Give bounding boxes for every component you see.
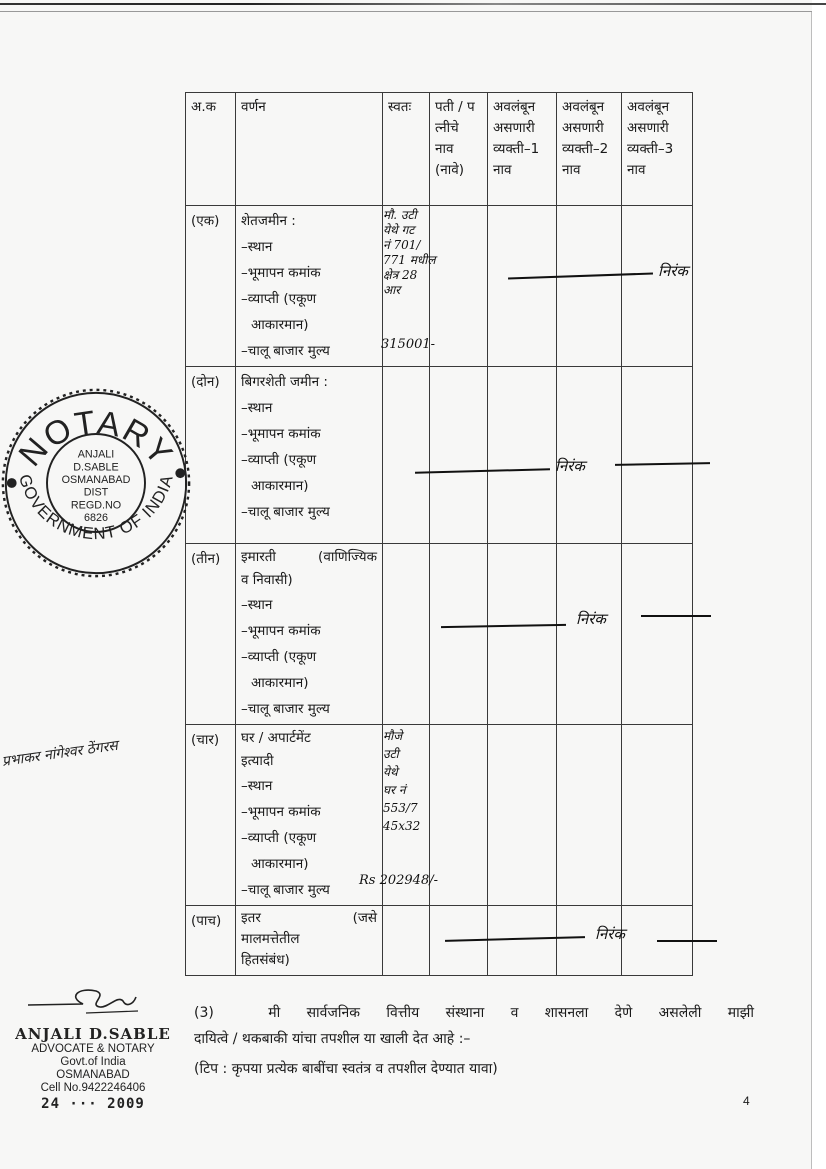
header-dependent-1: अवलंबून असणारी व्यक्ती–1 नाव xyxy=(488,93,557,206)
header-self: स्वतः xyxy=(383,93,430,206)
table-row: (चार) घर / अपार्टमेंट इत्यादी –स्थान –भू… xyxy=(186,725,693,906)
assets-table: अ.क वर्णन स्वतः पती / प त्नीचे नाव (नावे… xyxy=(185,92,693,976)
svg-text:OSMANABAD: OSMANABAD xyxy=(62,474,131,486)
nil-mark: निरंक xyxy=(445,928,725,948)
header-serial: अ.क xyxy=(186,93,236,206)
scan-edge xyxy=(0,11,812,12)
liabilities-paragraph: (3) मी सार्वजनिक वित्तीय संस्थाना व शासन… xyxy=(194,1000,754,1082)
table-row: (एक) शेतजमीन : –स्थान –भूमापन कमांक –व्य… xyxy=(186,206,693,367)
header-spouse: पती / प त्नीचे नाव (नावे) xyxy=(430,93,488,206)
scan-edge xyxy=(0,3,826,5)
page-number: 4 xyxy=(743,1094,750,1108)
row-serial: (पाच) xyxy=(186,906,236,976)
self-value-cell: मौजे उटी येथे घर नं 553/7 45x32 Rs 20294… xyxy=(383,725,430,906)
handwritten-entry: मौ. उटी येथे गट नं 701/ 771 मधील क्षेत्र… xyxy=(383,208,436,298)
svg-text:REGD.NO: REGD.NO xyxy=(71,499,121,511)
handwritten-value: 315001- xyxy=(381,337,435,352)
notary-signature xyxy=(8,983,178,1023)
notary-name: ANJALI D.SABLE xyxy=(8,1025,178,1043)
table-row: (दोन) बिगरशेती जमीन : –स्थान –भूमापन कमा… xyxy=(186,367,693,544)
header-dependent-2: अवलंबून असणारी व्यक्ती–2 नाव xyxy=(557,93,622,206)
row-description: शेतजमीन : –स्थान –भूमापन कमांक –व्याप्ती… xyxy=(236,206,383,367)
row-description: इमारती(वाणिज्यिक व निवासी) –स्थान –भूमाप… xyxy=(236,544,383,725)
notary-title: ADVOCATE & NOTARY xyxy=(8,1043,178,1056)
paragraph-line-1: (3) मी सार्वजनिक वित्तीय संस्थाना व शासन… xyxy=(194,1000,754,1026)
notary-cell: Cell No.9422246406 xyxy=(8,1082,178,1095)
notary-govt: Govt.of India xyxy=(8,1056,178,1069)
row-description: बिगरशेती जमीन : –स्थान –भूमापन कमांक –व्… xyxy=(236,367,383,544)
notary-place: OSMANABAD xyxy=(8,1069,178,1082)
svg-text:6826: 6826 xyxy=(84,512,108,524)
nil-mark: निरंक xyxy=(415,460,715,480)
nil-mark: निरंक xyxy=(441,613,741,633)
paragraph-note: (टिप : कृपया प्रत्येक बाबींचा स्वतंत्र व… xyxy=(194,1056,754,1082)
nil-mark: निरंक xyxy=(508,265,728,285)
notary-stamp: ANJALI D.SABLE ADVOCATE & NOTARY Govt.of… xyxy=(8,983,178,1112)
table-header-row: अ.क वर्णन स्वतः पती / प त्नीचे नाव (नावे… xyxy=(186,93,693,206)
svg-text:DIST: DIST xyxy=(84,487,109,499)
header-description: वर्णन xyxy=(236,93,383,206)
handwritten-entry: मौजे उटी येथे घर नं 553/7 45x32 xyxy=(383,727,420,835)
svg-text:ANJALI: ANJALI xyxy=(78,449,114,461)
svg-text:D.SABLE: D.SABLE xyxy=(73,461,118,473)
self-value-cell: मौ. उटी येथे गट नं 701/ 771 मधील क्षेत्र… xyxy=(383,206,430,367)
row-description: इतर(जसे मालमत्तेतील हितसंबंध) xyxy=(236,906,383,976)
row-serial: (एक) xyxy=(186,206,236,367)
paragraph-line-2: दायित्वे / थकबाकी यांचा तपशील या खाली दे… xyxy=(194,1026,754,1052)
scan-edge xyxy=(811,12,812,1169)
row-serial: (चार) xyxy=(186,725,236,906)
handwritten-value: Rs 202948/- xyxy=(359,873,438,888)
stamp-date: 24 ··· 2009 xyxy=(8,1096,178,1112)
table-row: (तीन) इमारती(वाणिज्यिक व निवासी) –स्थान … xyxy=(186,544,693,725)
notary-seal: NOTARY GOVERNMENT OF INDIA ANJALI D.SABL… xyxy=(0,385,194,581)
header-dependent-3: अवलंबून असणारी व्यक्ती–3 नाव xyxy=(622,93,693,206)
